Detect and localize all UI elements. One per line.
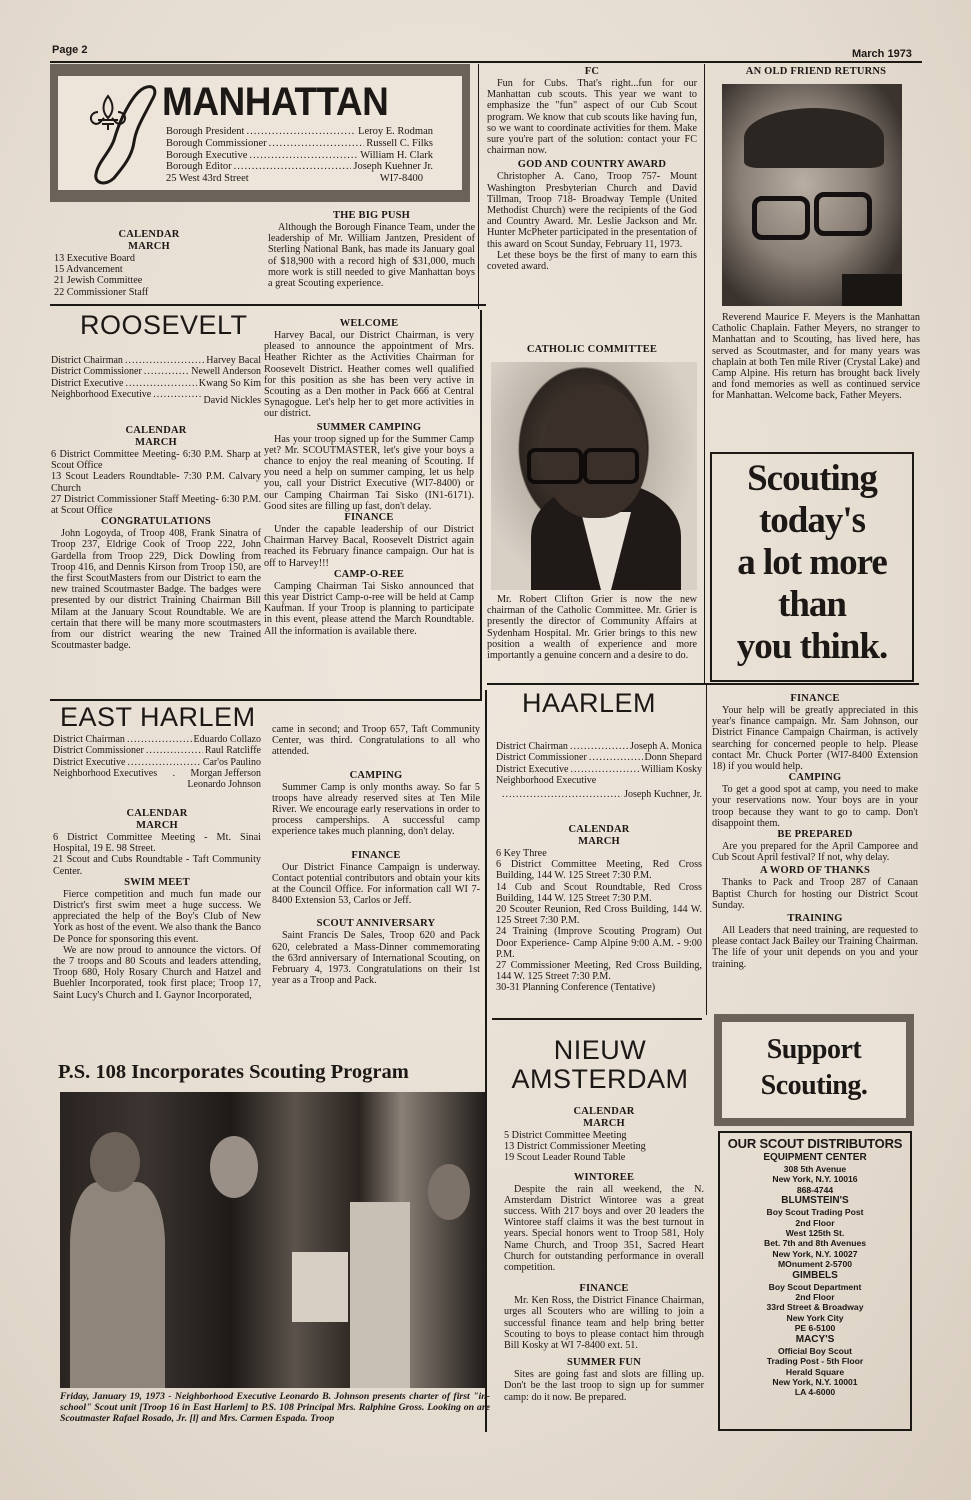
officer-row: District ChairmanJoseph A. Monica bbox=[496, 741, 702, 752]
page-date: March 1973 bbox=[852, 48, 912, 60]
officer-row: District ExecutiveWilliam Kosky bbox=[496, 764, 702, 775]
ps108-caption: Friday, January 19, 1973 - Neighborhood … bbox=[60, 1391, 490, 1425]
calendar-item: 22 Commissioner Staff bbox=[54, 287, 254, 298]
god-country-heading: GOD AND COUNTRY AWARD bbox=[487, 159, 697, 171]
east-harlem-articles: came in second; and Troop 657, Taft Comm… bbox=[272, 724, 480, 986]
calendar-item: 13 District Commissioner Meeting bbox=[504, 1141, 704, 1152]
meyers-caption: Reverend Maurice F. Meyers is the Manhat… bbox=[712, 312, 920, 402]
section-rule bbox=[492, 1018, 702, 1020]
fleur-de-lis-manhattan-icon bbox=[84, 82, 174, 186]
column-rule bbox=[478, 64, 479, 309]
section-rule bbox=[50, 304, 486, 306]
officer-row: District ChairmanEduardo Collazo bbox=[53, 734, 261, 745]
borough-officers: Borough PresidentLeroy E. Rodman Borough… bbox=[166, 126, 433, 185]
calendar-item: 21 Jewish Committee bbox=[54, 275, 254, 286]
officer-row: District ChairmanHarvey Bacal bbox=[51, 355, 261, 366]
photo-robert-grier bbox=[491, 362, 697, 590]
calendar-item: 6 District Committee Meeting - Mt. Sinai… bbox=[53, 832, 261, 854]
calendar-item: 6 Key Three bbox=[496, 848, 702, 859]
article-old-friend: AN OLD FRIEND RETURNS Reverend Maurice F… bbox=[712, 66, 920, 402]
calendar-item: 21 Scout and Cubs Roundtable - Taft Comm… bbox=[53, 854, 261, 876]
store-name: GIMBELS bbox=[720, 1270, 910, 1282]
officer-extra: Leonardo Johnson bbox=[53, 779, 261, 790]
photo-maurice-meyers bbox=[722, 84, 902, 306]
section-rule bbox=[50, 699, 482, 701]
scout-distributors-box: OUR SCOUT DISTRIBUTORS EQUIPMENT CENTER … bbox=[718, 1131, 912, 1431]
council-phone: WI7-8400 bbox=[380, 173, 423, 185]
roosevelt-title: ROOSEVELT bbox=[80, 310, 248, 340]
officer-row: District CommissionerRaul Ratcliffe bbox=[53, 745, 261, 756]
haarlem-articles: FINANCE Your help will be greatly apprec… bbox=[712, 691, 918, 970]
officer-row: District CommissionerDonn Shepard bbox=[496, 752, 702, 763]
ps108-headline: P.S. 108 Incorporates Scouting Program bbox=[58, 1060, 488, 1084]
store-name: MACY'S bbox=[720, 1334, 910, 1346]
masthead-title: MANHATTAN bbox=[162, 80, 388, 123]
calendar-item: 14 Cub and Scout Roundtable, Red Cross B… bbox=[496, 882, 702, 904]
store-name: EQUIPMENT CENTER bbox=[720, 1152, 910, 1164]
calendar-item: 13 Executive Board bbox=[54, 253, 254, 264]
east-harlem-calendar: CALENDAR MARCH 6 District Committee Meet… bbox=[53, 806, 261, 1001]
manhattan-masthead: MANHATTAN Borough PresidentLeroy E. Rodm… bbox=[50, 64, 470, 202]
section-rule bbox=[487, 683, 919, 685]
calendar-item: 24 Training (Improve Scouting Program) O… bbox=[496, 926, 702, 960]
officer-row: District CommissionerNewell Anderson bbox=[51, 366, 261, 377]
calendar-item: 27 Commissioner Meeting, Red Cross Build… bbox=[496, 960, 702, 982]
top-rule bbox=[50, 61, 922, 63]
officer-row: 25 West 43rd StreetWI7-8400 bbox=[166, 173, 433, 185]
column-rule bbox=[704, 64, 705, 684]
ad-inner: Support Scouting. bbox=[722, 1022, 906, 1118]
calendar-item: 15 Advancement bbox=[54, 264, 254, 275]
calendar-item: 30-31 Planning Conference (Tentative) bbox=[496, 982, 702, 993]
column-rule bbox=[706, 685, 707, 1015]
officer-row: District ExecutiveCar'os Paulino bbox=[53, 757, 261, 768]
article-big-push: THE BIG PUSH Although the Borough Financ… bbox=[268, 208, 475, 289]
officer-row: Neighborhood ExecutiveDavid Nickles bbox=[51, 389, 261, 400]
haarlem-calendar: CALENDAR MARCH 6 Key Three 6 District Co… bbox=[496, 822, 702, 994]
calendar-item: 13 Scout Leaders Roundtable- 7:30 P.M. C… bbox=[51, 471, 261, 493]
officer-row: Borough EditorJoseph Kuehner Jr. bbox=[166, 161, 433, 173]
column-rule bbox=[480, 310, 482, 700]
column-rule bbox=[485, 690, 487, 1432]
calendar-item: 6 District Committee Meeting- 6:30 P.M. … bbox=[51, 449, 261, 471]
calendar-item: 27 District Commissioner Staff Meeting- … bbox=[51, 494, 261, 516]
grier-caption: Mr. Robert Clifton Grier is now the new … bbox=[487, 594, 697, 661]
article-catholic-committee: CATHOLIC COMMITTEE Mr. Robert Clifton Gr… bbox=[487, 342, 697, 661]
east-harlem-officers: District ChairmanEduardo Collazo Distric… bbox=[53, 734, 261, 790]
manhattan-calendar: CALENDAR MARCH 13 Executive Board 15 Adv… bbox=[54, 227, 254, 298]
article-fc: FC Fun for Cubs. That's right...fun for … bbox=[487, 64, 697, 272]
officer-row: Joseph Kuchner, Jr. bbox=[496, 789, 702, 800]
store-name: BLUMSTEIN'S bbox=[720, 1195, 910, 1207]
calendar-item: 19 Scout Leader Round Table bbox=[504, 1152, 704, 1163]
calendar-item: 5 District Committee Meeting bbox=[504, 1130, 704, 1141]
calendar-item: 20 Scouter Reunion, Red Cross Building, … bbox=[496, 904, 702, 926]
officer-row: Borough CommissionerRussell C. Filks bbox=[166, 138, 433, 150]
nieuw-amsterdam-title: NIEUW AMSTERDAM bbox=[500, 1036, 700, 1094]
haarlem-title: HAARLEM bbox=[522, 688, 656, 718]
page-number: Page 2 bbox=[52, 44, 87, 56]
ad-scouting-today: Scouting today's a lot more than you thi… bbox=[710, 452, 914, 682]
haarlem-officers: District ChairmanJoseph A. Monica Distri… bbox=[496, 741, 702, 800]
newspaper-page: Page 2 March 1973 MANHATTAN Borough Pres… bbox=[0, 0, 971, 1500]
roosevelt-calendar: CALENDAR MARCH 6 District Committee Meet… bbox=[51, 423, 261, 651]
officer-row: Borough ExecutiveWilliam H. Clark bbox=[166, 150, 433, 162]
distributors-heading: OUR SCOUT DISTRIBUTORS bbox=[720, 1136, 910, 1152]
photo-ps108-charter bbox=[60, 1092, 487, 1388]
east-harlem-title: EAST HARLEM bbox=[60, 702, 256, 732]
council-address: 25 West 43rd Street bbox=[166, 173, 249, 185]
officer-row: District ExecutiveKwang So Kim bbox=[51, 378, 261, 389]
roosevelt-officers: District ChairmanHarvey Bacal District C… bbox=[51, 355, 261, 406]
masthead-inner: MANHATTAN Borough PresidentLeroy E. Rodm… bbox=[58, 76, 462, 190]
officer-row: Neighborhood Executives.Morgan Jefferson bbox=[53, 768, 261, 779]
ad-support-scouting: Support Scouting. bbox=[714, 1014, 914, 1126]
officer-role: Neighborhood Executive bbox=[496, 775, 702, 786]
calendar-item: 6 District Committee Meeting, Red Cross … bbox=[496, 859, 702, 881]
nieuw-amsterdam-content: CALENDAR MARCH 5 District Committee Meet… bbox=[504, 1104, 704, 1403]
officer-row: Borough PresidentLeroy E. Rodman bbox=[166, 126, 433, 138]
roosevelt-articles: WELCOME Harvey Bacal, our District Chair… bbox=[264, 316, 474, 637]
